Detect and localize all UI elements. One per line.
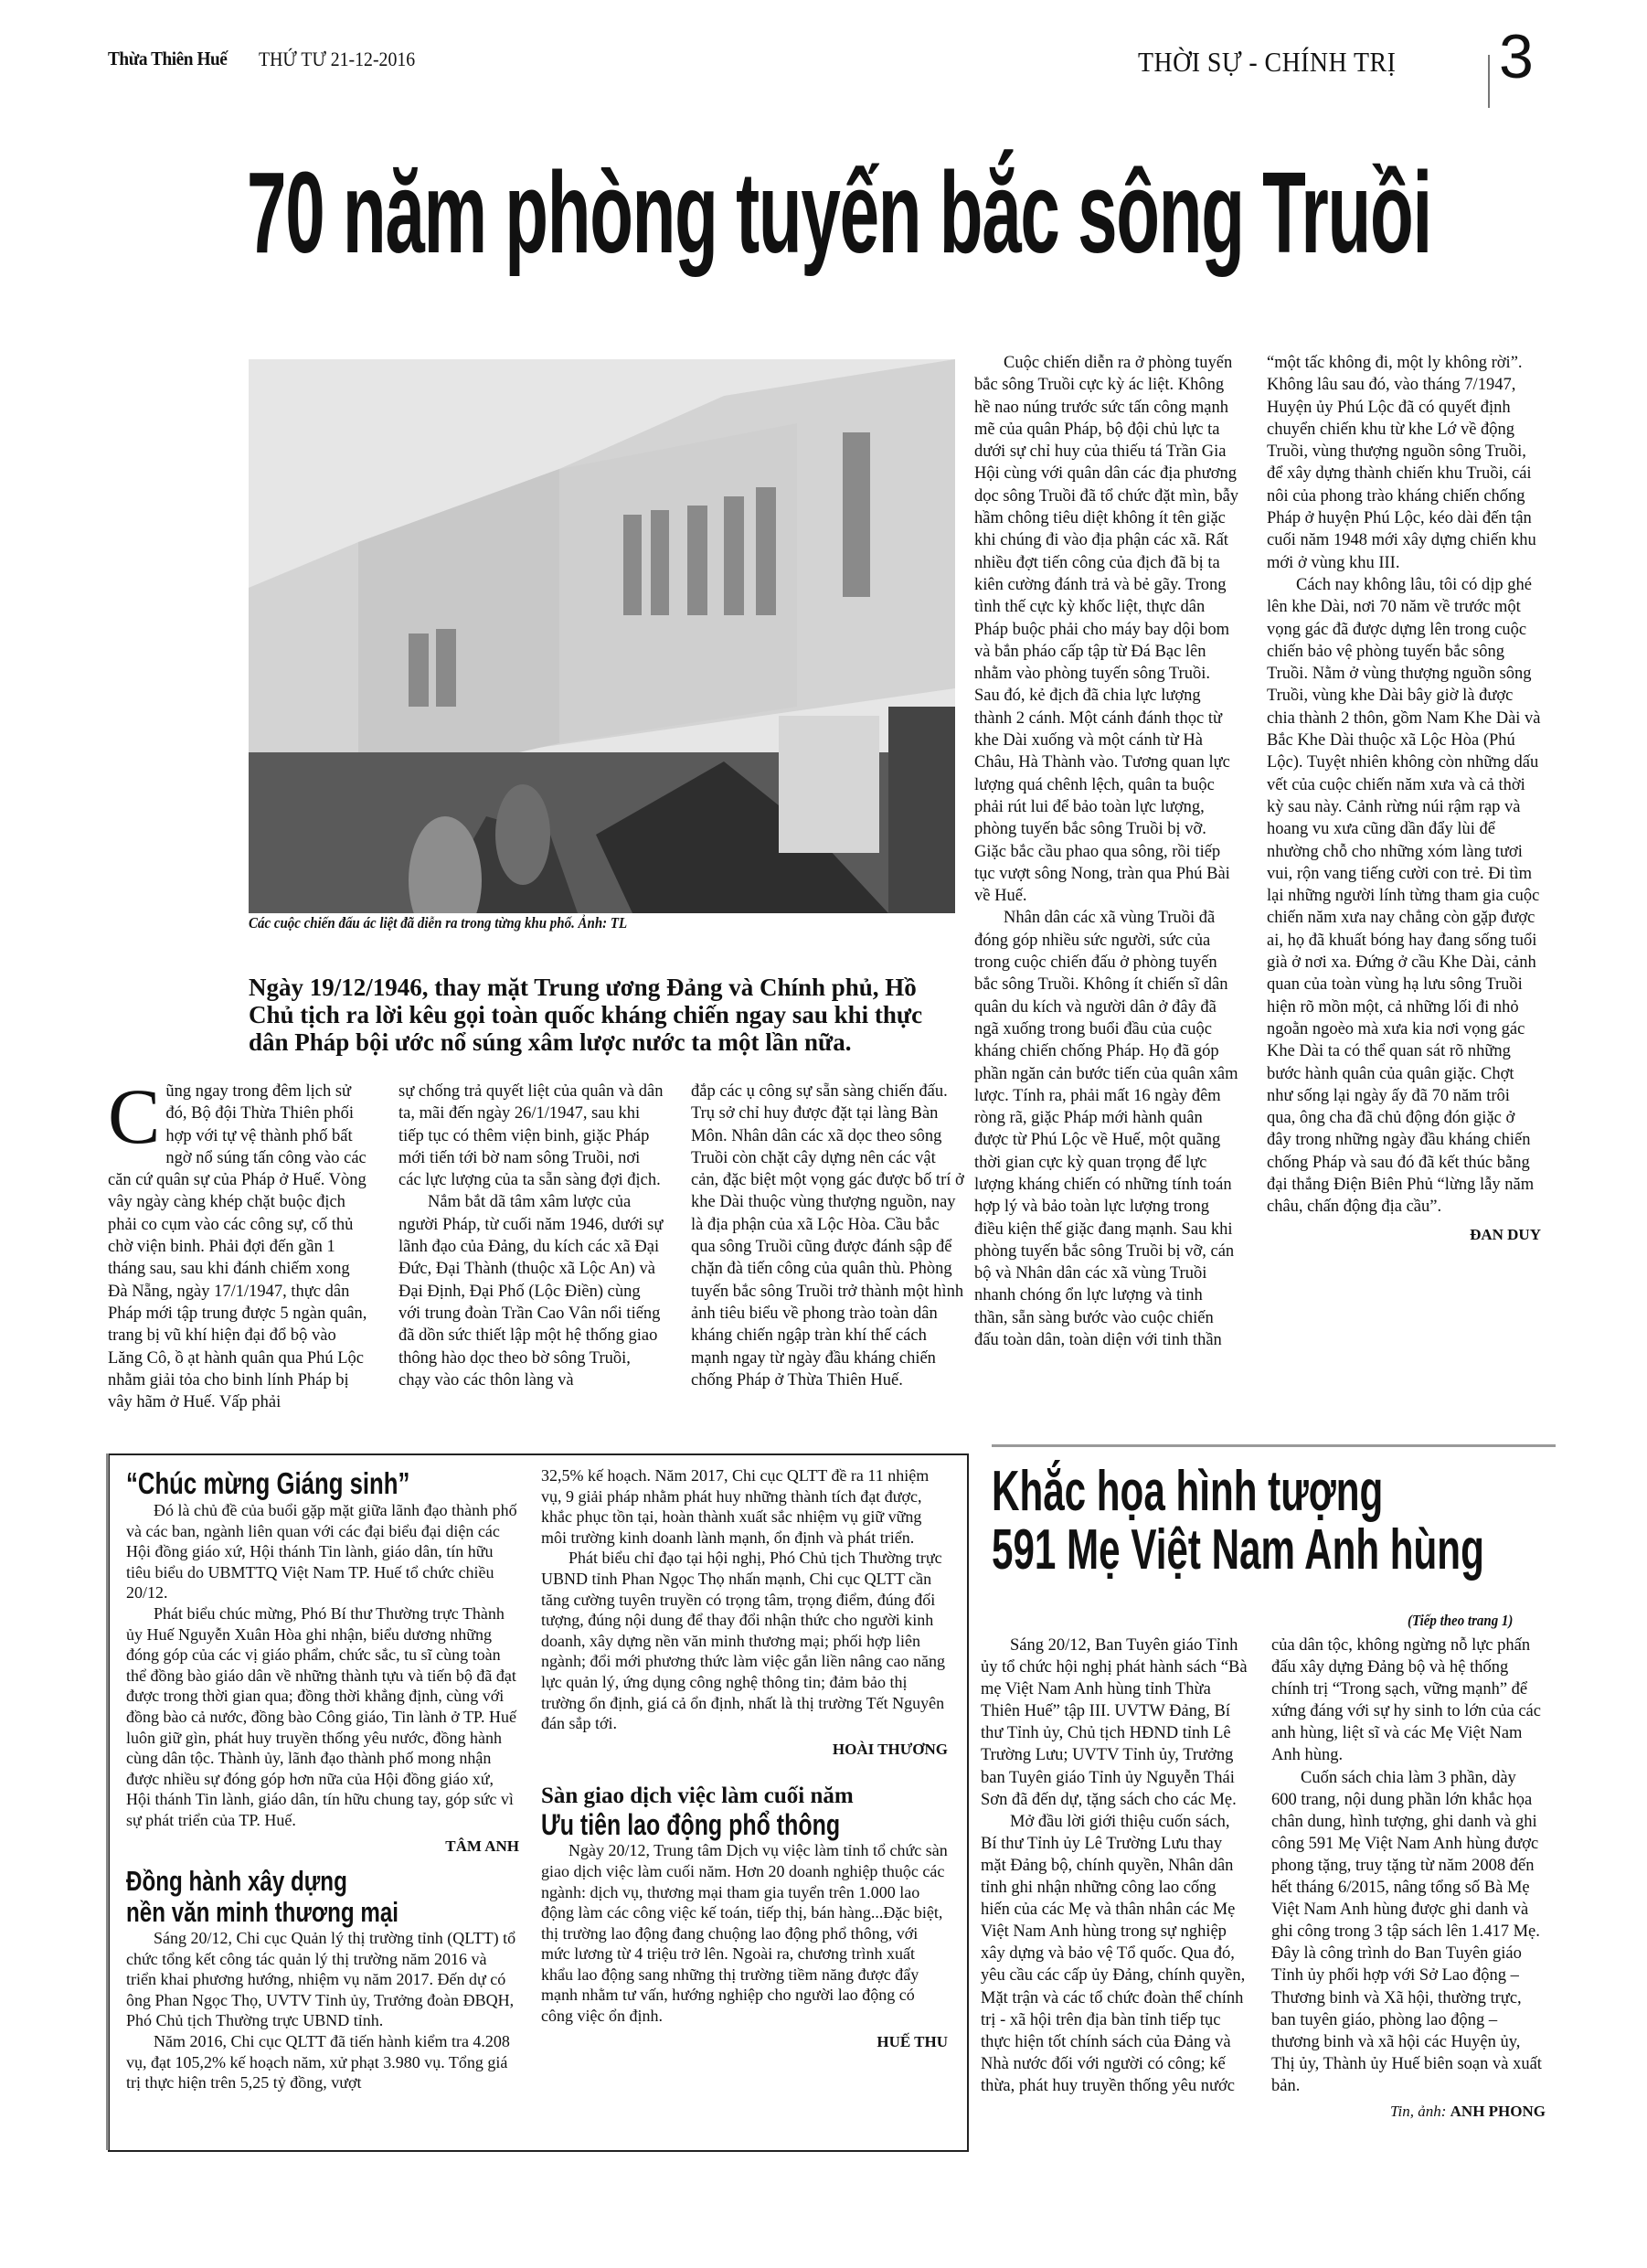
newspaper-brand: Thừa Thiên Huế [108,48,227,70]
drop-cap: C [108,1084,160,1148]
article-column-3: đắp các ụ công sự sẵn sàng chiến đấu. Tr… [691,1081,965,1391]
heroic-mothers-title: Khắc họa hình tượng 591 Mẹ Việt Nam Anh … [992,1463,1484,1580]
brief-kicker: Sàn giao dịch việc làm cuối năm [541,1784,948,1809]
article-lede: Ngày 19/12/1946, thay mặt Trung ương Đản… [249,974,962,1056]
issue-date: THỨ TƯ 21-12-2016 [259,48,415,71]
section-label: THỜI SỰ - CHÍNH TRỊ [1138,46,1396,79]
brief-paragraph: Phát biểu chỉ đạo tại hội nghị, Phó Chủ … [541,1548,948,1733]
article-paragraph: Nhân dân các xã vùng Truồi đã đóng góp n… [974,907,1239,1351]
brief-byline: TÂM ANH [126,1837,519,1858]
title-line-2: 591 Mẹ Việt Nam Anh hùng [992,1521,1484,1580]
brief-christmas: “Chúc mừng Giáng sinh” Đó là chủ đề của … [126,1467,519,2093]
main-article-title: 70 năm phòng tuyến bắc sông Truồi [247,155,1051,271]
heroic-mothers-column-2: của dân tộc, không ngừng nỗ lực phấn đấu… [1271,1634,1546,2123]
credit-name: ANH PHONG [1450,2103,1546,2120]
brief-title: Ưu tiên lao động phổ thông [541,1809,858,1840]
article-paragraph: Cuốn sách chia làm 3 phần, dày 600 trang… [1271,1767,1546,2097]
article-column-2: sự chống trả quyết liệt của quân và dân … [398,1081,665,1391]
title-line-1: Khắc họa hình tượng [992,1463,1484,1521]
historical-street-photo-icon [249,359,955,913]
brief-byline: HOÀI THƯƠNG [541,1740,948,1761]
article-paragraph: Mở đầu lời giới thiệu cuốn sách, Bí thư … [981,1811,1248,2097]
section-divider [992,1444,1556,1447]
brief-paragraph: Năm 2016, Chi cục QLTT đã tiến hành kiểm… [126,2031,519,2093]
brief-title-line1: Đồng hành xây dựng [126,1866,432,1897]
article-byline: ĐAN DUY [1267,1224,1541,1246]
article-paragraph: của dân tộc, không ngừng nỗ lực phấn đấu… [1271,1634,1546,1767]
article-paragraph: Cuộc chiến diễn ra ở phòng tuyến bắc sôn… [974,352,1239,907]
article-paragraph: Cách nay không lâu, tôi có dịp ghé lên k… [1267,574,1541,1219]
brief-byline: HUẾ THU [541,2032,948,2053]
article-paragraph: “một tấc không đi, một ly không rời”. Kh… [1267,352,1541,574]
continued-note: (Tiếp theo trang 1) [1408,1612,1513,1630]
article-paragraph: Sáng 20/12, Ban Tuyên giáo Tỉnh ủy tổ ch… [981,1634,1248,1811]
brief-paragraph: 32,5% kế hoạch. Năm 2017, Chi cục QLTT đ… [541,1465,948,1548]
brief-title: “Chúc mừng Giáng sinh” [126,1467,432,1500]
brief-paragraph: Ngày 20/12, Trung tâm Dịch vụ việc làm t… [541,1840,948,2026]
article-column-1: Cũng ngay trong đêm lịch sử đó, Bộ đội T… [108,1081,371,1413]
brief-commerce-continued: 32,5% kế hoạch. Năm 2017, Chi cục QLTT đ… [541,1465,948,2052]
article-column-5: “một tấc không đi, một ly không rời”. Kh… [1267,352,1541,1246]
page-number: 3 [1499,26,1534,88]
credit-label: Tin, ảnh: [1390,2103,1446,2120]
article-paragraph: Nắm bắt dã tâm xâm lược của người Pháp, … [398,1191,665,1391]
brief-title-line2: nền văn minh thương mại [126,1897,432,1928]
article-credit: Tin, ảnh: ANH PHONG [1271,2101,1546,2123]
page-number-separator [1488,55,1490,108]
box-border-left [106,1453,109,2150]
brief-paragraph: Phát biểu chúc mừng, Phó Bí thư Thường t… [126,1603,519,1831]
article-paragraph: sự chống trả quyết liệt của quân và dân … [398,1081,665,1191]
photo-caption: Các cuộc chiến đấu ác liệt đã diễn ra tr… [249,914,627,932]
heroic-mothers-column-1: Sáng 20/12, Ban Tuyên giáo Tỉnh ủy tổ ch… [981,1634,1248,2097]
brief-paragraph: Sáng 20/12, Chi cục Quản lý thị trường t… [126,1928,519,2031]
article-column-4: Cuộc chiến diễn ra ở phòng tuyến bắc sôn… [974,352,1239,1351]
brief-paragraph: Đó là chủ đề của buổi gặp mặt giữa lãnh … [126,1500,519,1603]
photo-illustration [249,359,955,913]
article-paragraph: đắp các ụ công sự sẵn sàng chiến đấu. Tr… [691,1081,965,1391]
